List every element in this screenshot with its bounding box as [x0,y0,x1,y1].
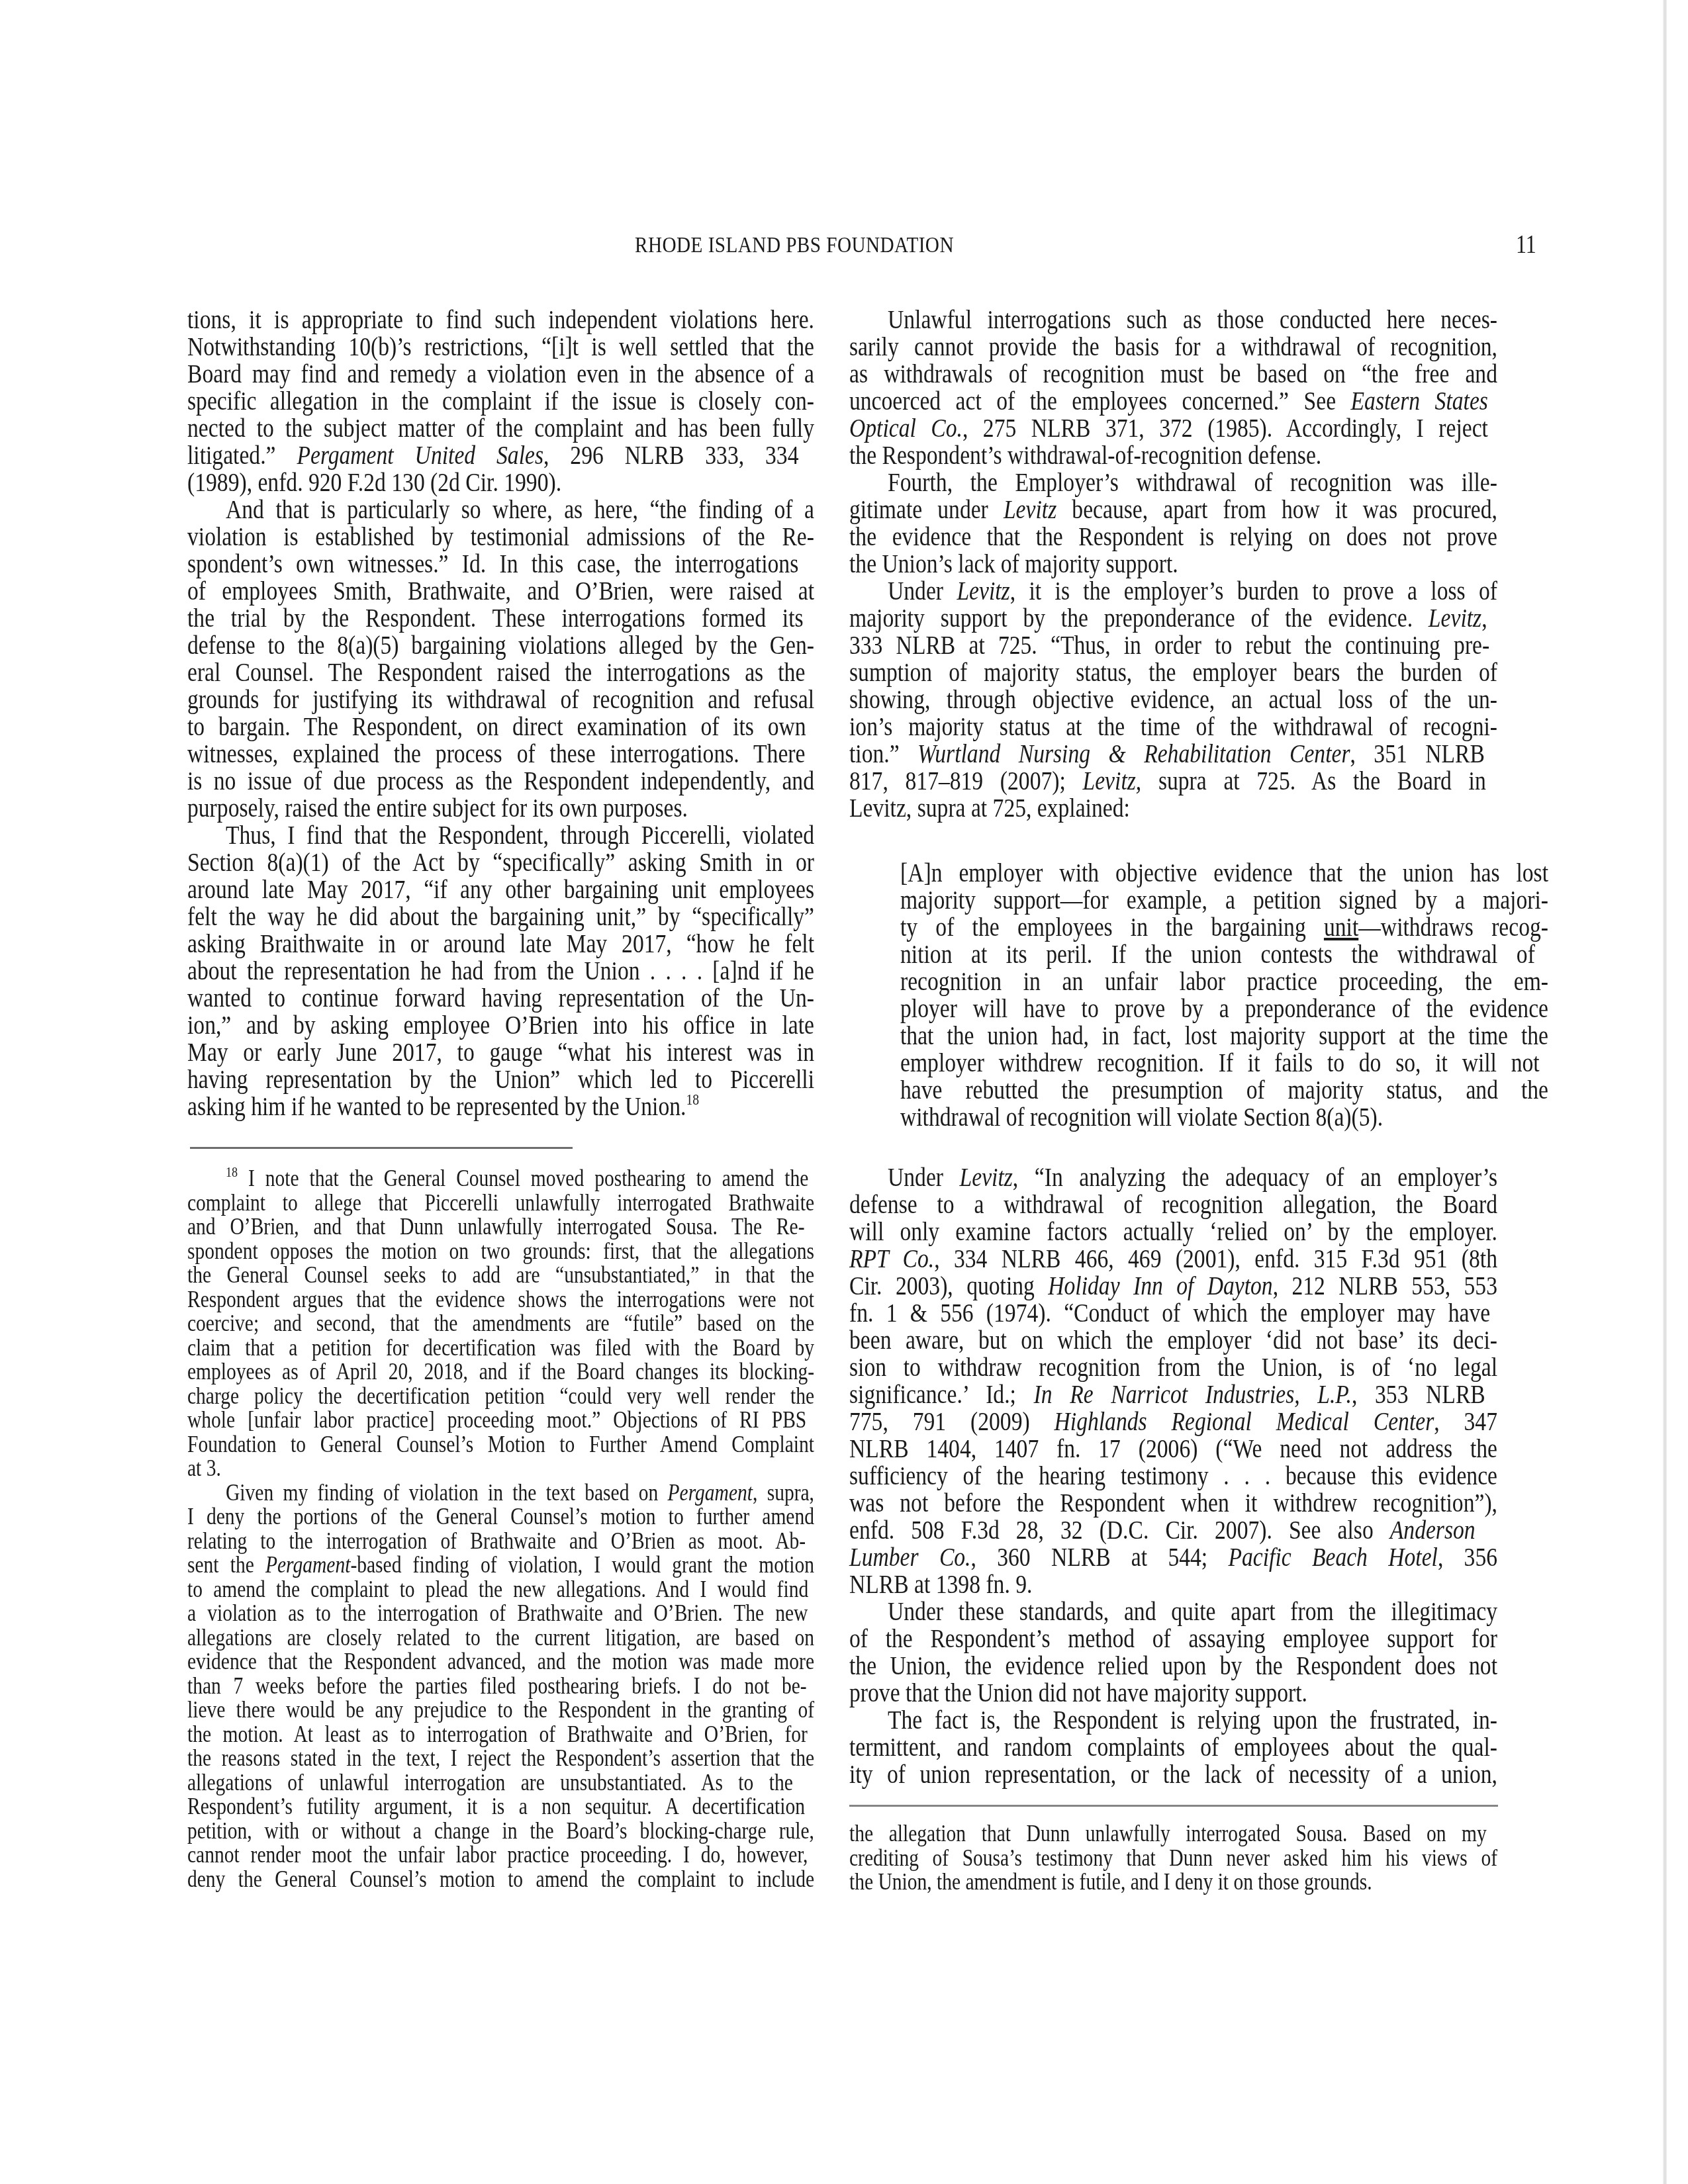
text-line: Respondent argues that the evidence show… [187,1287,814,1312]
text-line-content: defense to a withdrawal of recognition a… [849,1191,1497,1218]
text-line-content: the allegation that Dunn unlawfully inte… [849,1821,1487,1846]
text-line: Levitz, supra at 725, explained: [849,794,1497,821]
text-line-content: Foundation to General Counsel’s Motion t… [187,1432,814,1457]
text-line: grounds for justifying its withdrawal of… [187,686,814,713]
text-line: withdrawal of recognition will violate S… [900,1103,1548,1130]
text-line: 18 I note that the General Counsel moved… [187,1166,814,1191]
text-line: will only examine factors actually ‘reli… [849,1218,1497,1245]
text-line-content: ion’s majority status at the time of the… [849,713,1497,740]
text-line: Lumber Co., 360 NLRB at 544; Pacific Bea… [849,1543,1497,1570]
text-line-content: prove that the Union did not have majori… [849,1679,1307,1706]
text-line: and O’Brien, and that Dunn unlawfully in… [187,1214,814,1239]
text-line-content: petition, with or without a change in th… [187,1819,814,1843]
text-line-content: Thus, I find that the Respondent, throug… [226,821,814,848]
text-line-content: spondent opposes the motion on two groun… [187,1239,814,1263]
text-line: nected to the subject matter of the comp… [187,414,814,441]
text-line-content: to amend the complaint to plead the new … [187,1577,808,1602]
right-column-continued: Under Levitz, “In analyzing the adequacy… [849,1163,1497,1788]
text-line-content: witnesses, explained the process of thes… [187,740,805,767]
text-line-content: cannot render moot the unfair labor prac… [187,1843,808,1867]
text-line: ion,” and by asking employee O’Brien int… [187,1011,814,1038]
text-line-content: complaint to allege that Piccerelli unla… [187,1191,814,1215]
text-line: enfd. 508 F.3d 28, 32 (D.C. Cir. 2007). … [849,1516,1497,1543]
text-line: the General Counsel seeks to add are “un… [187,1263,814,1287]
text-line-content: Unlawful interrogations such as those co… [888,306,1497,333]
text-line-content: whole [unfair labor practice] proceeding… [187,1408,806,1432]
text-line: crediting of Sousa’s testimony that Dunn… [849,1846,1497,1870]
text-line: relating to the interrogation of Brathwa… [187,1529,814,1553]
text-line-content: of employees Smith, Brathwaite, and O’Br… [187,577,814,604]
text-line: Foundation to General Counsel’s Motion t… [187,1432,814,1457]
text-line-content: claim that a petition for decertificatio… [187,1336,814,1360]
text-line-content: the Union, the amendment is futile, and … [849,1870,1372,1894]
text-line: 775, 791 (2009) Highlands Regional Medic… [849,1408,1497,1435]
text-line-content: 775, 791 (2009) Highlands Regional Medic… [849,1408,1497,1435]
text-line: cannot render moot the unfair labor prac… [187,1843,814,1867]
text-line-content: Optical Co., 275 NLRB 371, 372 (1985). A… [849,414,1488,441]
text-line: evidence that the Respondent advanced, a… [187,1649,814,1674]
text-line: the Union, the amendment is futile, and … [849,1870,1497,1894]
text-line-content: Respondent’s futility argument, it is a … [187,1794,805,1819]
text-line-content: The fact is, the Respondent is relying u… [888,1706,1497,1733]
block-quote-body: [A]n employer with objective evidence th… [900,859,1548,1130]
text-line-content: showing, through objective evidence, an … [849,686,1497,713]
footnote-18-body: 18 I note that the General Counsel moved… [187,1166,814,1891]
text-line: allegations are closely related to the c… [187,1625,814,1650]
text-line: of employees Smith, Brathwaite, and O’Br… [187,577,814,604]
text-line: whole [unfair labor practice] proceeding… [187,1408,814,1432]
text-line: that the union had, in fact, lost majori… [900,1022,1548,1049]
text-line-content: gitimate under Levitz because, apart fro… [849,496,1497,523]
text-line: wanted to continue forward having repres… [187,984,814,1011]
text-line-content: sarily cannot provide the basis for a wi… [849,333,1497,360]
text-line-content: the Union’s lack of majority support. [849,550,1178,577]
text-line: litigated.” Pergament United Sales, 296 … [187,441,814,469]
text-line-content: recognition in an unfair labor practice … [900,968,1548,995]
left-body: tions, it is appropriate to find such in… [187,306,814,1120]
text-line: fn. 1 & 556 (1974). “Conduct of which th… [849,1299,1497,1326]
text-line-content: withdrawal of recognition will violate S… [900,1103,1383,1130]
text-line: have rebutted the presumption of majorit… [900,1076,1548,1103]
text-line-content: having representation by the Union” whic… [187,1066,814,1093]
text-line-content: majority support by the preponderance of… [849,604,1487,631]
text-line-content: RPT Co., 334 NLRB 466, 469 (2001), enfd.… [849,1245,1497,1272]
text-line: employees as of April 20, 2018, and if t… [187,1359,814,1384]
text-line: gitimate under Levitz because, apart fro… [849,496,1497,523]
text-line-content: Section 8(a)(1) of the Act by “specifica… [187,848,814,876]
text-line-content: the Union, the evidence relied upon by t… [849,1652,1497,1679]
text-line-content: to bargain. The Respondent, on direct ex… [187,713,806,740]
text-line: complaint to allege that Piccerelli unla… [187,1191,814,1215]
text-line-content: [A]n employer with objective evidence th… [900,859,1548,886]
text-line: uncoerced act of the employees concerned… [849,387,1497,414]
text-line: 817, 817–819 (2007); Levitz, supra at 72… [849,767,1497,794]
text-line: majority support—for example, a petition… [900,886,1548,913]
text-line-content: the trial by the Respondent. These inter… [187,604,804,631]
text-line-content: I deny the portions of the General Couns… [187,1504,814,1529]
text-line-content: asking Braithwaite in or around late May… [187,930,814,957]
text-line: been aware, but on which the employer ‘d… [849,1326,1497,1353]
text-line-content: ion,” and by asking employee O’Brien int… [187,1011,814,1038]
text-line-content: the Respondent’s withdrawal-of-recogniti… [849,441,1321,469]
text-line: claim that a petition for decertificatio… [187,1336,814,1360]
text-line-content: allegations of unlawful interrogation ar… [187,1770,793,1795]
text-line-content: about the representation he had from the… [187,957,814,984]
text-line-content: NLRB at 1398 fn. 9. [849,1570,1032,1598]
text-line-content: the General Counsel seeks to add are “un… [187,1263,814,1287]
running-head: RHODE ISLAND PBS FOUNDATION [111,233,1477,258]
text-line: sumption of majority status, the employe… [849,659,1497,686]
text-line: a violation as to the interrogation of B… [187,1601,814,1625]
text-line: asking him if he wanted to be represente… [187,1093,814,1120]
text-line: Thus, I find that the Respondent, throug… [187,821,814,848]
text-line: the evidence that the Respondent is rely… [849,523,1497,550]
text-line-content: a violation as to the interrogation of B… [187,1601,808,1625]
text-line: prove that the Union did not have majori… [849,1679,1497,1706]
text-line: showing, through objective evidence, an … [849,686,1497,713]
text-line: witnesses, explained the process of thes… [187,740,814,767]
text-line: than 7 weeks before the parties filed po… [187,1674,814,1698]
text-line-content: ity of union representation, or the lack… [849,1760,1497,1788]
text-line: petition, with or without a change in th… [187,1819,814,1843]
text-line: of the Respondent’s method of assaying e… [849,1625,1497,1652]
text-line-content: employees as of April 20, 2018, and if t… [187,1359,814,1384]
text-line: was not before the Respondent when it wi… [849,1489,1497,1516]
text-line: as withdrawals of recognition must be ba… [849,360,1497,387]
text-line: the Union, the evidence relied upon by t… [849,1652,1497,1679]
text-line: sarily cannot provide the basis for a wi… [849,333,1497,360]
text-line: felt the way he did about the bargaining… [187,903,814,930]
text-line: ity of union representation, or the lack… [849,1760,1497,1788]
text-line-content: evidence that the Respondent advanced, a… [187,1649,814,1674]
text-line: Notwithstanding 10(b)’s restrictions, “[… [187,333,814,360]
text-line-content: May or early June 2017, to gauge “what h… [187,1038,814,1066]
text-line-content: ployer will have to prove by a preponder… [900,995,1548,1022]
text-line: Given my finding of violation in the tex… [187,1480,814,1505]
text-line-content: sent the Pergament-based finding of viol… [187,1553,814,1577]
document-page: RHODE ISLAND PBS FOUNDATION 11 tions, it… [0,0,1688,2184]
right-body-1: Unlawful interrogations such as those co… [849,306,1497,821]
text-line: coercive; and second, that the amendment… [187,1311,814,1336]
text-line-content: lieve there would be any prejudice to th… [187,1698,814,1722]
text-line: And that is particularly so where, as he… [187,496,814,523]
text-line: NLRB 1404, 1407 fn. 17 (2006) (“We need … [849,1435,1497,1462]
text-line: deny the General Counsel’s motion to ame… [187,1867,814,1891]
text-line: the allegation that Dunn unlawfully inte… [849,1821,1497,1846]
text-line-content: termittent, and random complaints of emp… [849,1733,1497,1760]
text-line: tions, it is appropriate to find such in… [187,306,814,333]
text-line: Board may find and remedy a violation ev… [187,360,814,387]
text-line: eral Counsel. The Respondent raised the … [187,659,814,686]
text-line: I deny the portions of the General Couns… [187,1504,814,1529]
text-line-content: Respondent argues that the evidence show… [187,1287,814,1312]
text-line: Respondent’s futility argument, it is a … [187,1794,814,1819]
text-line: Under Levitz, “In analyzing the adequacy… [849,1163,1497,1191]
text-line-content: Lumber Co., 360 NLRB at 544; Pacific Bea… [849,1543,1497,1570]
right-column: Unlawful interrogations such as those co… [849,306,1497,821]
text-line: Under these standards, and quite apart f… [849,1598,1497,1625]
text-line-content: was not before the Respondent when it wi… [849,1489,1497,1516]
text-line-content: purposely, raised the entire subject for… [187,794,688,821]
text-line-content: majority support—for example, a petition… [900,886,1548,913]
text-line-content: of the Respondent’s method of assaying e… [849,1625,1497,1652]
text-line-content: than 7 weeks before the parties filed po… [187,1674,807,1698]
text-line: around late May 2017, “if any other barg… [187,876,814,903]
text-line-content: sumption of majority status, the employe… [849,659,1497,686]
text-line-content: Board may find and remedy a violation ev… [187,360,814,387]
text-line-content: relating to the interrogation of Brathwa… [187,1529,806,1553]
text-line-content: grounds for justifying its withdrawal of… [187,686,814,713]
text-line: Fourth, the Employer’s withdrawal of rec… [849,469,1497,496]
text-line-content: NLRB 1404, 1407 fn. 17 (2006) (“We need … [849,1435,1497,1462]
text-line: RPT Co., 334 NLRB 466, 469 (2001), enfd.… [849,1245,1497,1272]
text-line-content: Levitz, supra at 725, explained: [849,794,1130,821]
text-line: specific allegation in the complaint if … [187,387,814,414]
text-line-content: sion to withdraw recognition from the Un… [849,1353,1497,1381]
text-line-content: spondent’s own witnesses.” Id. In this c… [187,550,798,577]
text-line-content: allegations are closely related to the c… [187,1625,814,1650]
text-line: the Union’s lack of majority support. [849,550,1497,577]
text-line: 333 NLRB at 725. “Thus, in order to rebu… [849,631,1497,659]
footnote-continuation-body: the allegation that Dunn unlawfully inte… [849,1821,1497,1894]
text-line: asking Braithwaite in or around late May… [187,930,814,957]
text-line: the motion. At least as to interrogation… [187,1722,814,1747]
text-line: defense to a withdrawal of recognition a… [849,1191,1497,1218]
text-line: termittent, and random complaints of emp… [849,1733,1497,1760]
text-line: sufficiency of the hearing testimony . .… [849,1462,1497,1489]
text-line-content: litigated.” Pergament United Sales, 296 … [187,441,798,469]
text-line-content: sufficiency of the hearing testimony . .… [849,1462,1497,1489]
block-quote-levitz: [A]n employer with objective evidence th… [849,859,1548,1130]
text-line-content: been aware, but on which the employer ‘d… [849,1326,1497,1353]
text-line-content: Fourth, the Employer’s withdrawal of rec… [888,469,1497,496]
text-line: ployer will have to prove by a preponder… [900,995,1548,1022]
text-line: employer withdrew recognition. If it fai… [900,1049,1548,1076]
text-line: allegations of unlawful interrogation ar… [187,1770,814,1795]
text-line-content: Cir. 2003), quoting Holiday Inn of Dayto… [849,1272,1497,1299]
text-line: the Respondent’s withdrawal-of-recogniti… [849,441,1497,469]
text-line-content: asking him if he wanted to be represente… [187,1093,699,1120]
text-line-content: 333 NLRB at 725. “Thus, in order to rebu… [849,631,1489,659]
text-line-content: enfd. 508 F.3d 28, 32 (D.C. Cir. 2007). … [849,1516,1476,1543]
text-line-content: significance.’ Id.; In Re Narricot Indus… [849,1381,1485,1408]
left-column: tions, it is appropriate to find such in… [187,306,814,1120]
text-line-content: specific allegation in the complaint if … [187,387,814,414]
text-line: NLRB at 1398 fn. 9. [849,1570,1497,1598]
text-line: significance.’ Id.; In Re Narricot Indus… [849,1381,1497,1408]
text-line-content: employer withdrew recognition. If it fai… [900,1049,1540,1076]
text-line: is no issue of due process as the Respon… [187,767,814,794]
text-line: about the representation he had from the… [187,957,814,984]
text-line-content: Under these standards, and quite apart f… [888,1598,1497,1625]
text-line: the reasons stated in the text, I reject… [187,1746,814,1770]
text-line-content: is no issue of due process as the Respon… [187,767,814,794]
text-line-content: Notwithstanding 10(b)’s restrictions, “[… [187,333,814,360]
text-line: defense to the 8(a)(5) bargaining violat… [187,631,814,659]
text-line: majority support by the preponderance of… [849,604,1497,631]
text-line: recognition in an unfair labor practice … [900,968,1548,995]
text-line-content: coercive; and second, that the amendment… [187,1311,814,1336]
footnote-separator-left [190,1147,573,1149]
text-line-content: nition at its peril. If the union contes… [900,940,1535,968]
text-line: sion to withdraw recognition from the Un… [849,1353,1497,1381]
text-line: Section 8(a)(1) of the Act by “specifica… [187,848,814,876]
text-line-content: uncoerced act of the employees concerned… [849,387,1488,414]
text-line: [A]n employer with objective evidence th… [900,859,1548,886]
text-line-content: 817, 817–819 (2007); Levitz, supra at 72… [849,767,1486,794]
text-line-content: Under Levitz, “In analyzing the adequacy… [888,1163,1497,1191]
footnote-18: 18 I note that the General Counsel moved… [187,1166,814,1891]
text-line-content: wanted to continue forward having repres… [187,984,814,1011]
text-line-content: violation is established by testimonial … [187,523,814,550]
text-line: at 3. [187,1456,814,1480]
text-line: nition at its peril. If the union contes… [900,940,1548,968]
text-line: purposely, raised the entire subject for… [187,794,814,821]
text-line-content: have rebutted the presumption of majorit… [900,1076,1548,1103]
text-line: Cir. 2003), quoting Holiday Inn of Dayto… [849,1272,1497,1299]
text-line-content: deny the General Counsel’s motion to ame… [187,1867,814,1891]
text-line-content: as withdrawals of recognition must be ba… [849,360,1497,387]
text-line-content: 18 I note that the General Counsel moved… [226,1166,808,1191]
text-line: Unlawful interrogations such as those co… [849,306,1497,333]
text-line-content: charge policy the decertification petiti… [187,1384,814,1408]
text-line-content: the reasons stated in the text, I reject… [187,1746,814,1770]
text-line-content: tions, it is appropriate to find such in… [187,306,814,333]
text-line-content: the evidence that the Respondent is rely… [849,523,1497,550]
text-line: lieve there would be any prejudice to th… [187,1698,814,1722]
right-body-2: Under Levitz, “In analyzing the adequacy… [849,1163,1497,1788]
text-line-content: defense to the 8(a)(5) bargaining violat… [187,631,814,659]
text-line: The fact is, the Respondent is relying u… [849,1706,1497,1733]
text-line-content: And that is particularly so where, as he… [226,496,814,523]
text-line: spondent opposes the motion on two groun… [187,1239,814,1263]
text-line-content: around late May 2017, “if any other barg… [187,876,814,903]
text-line-content: and O’Brien, and that Dunn unlawfully in… [187,1214,805,1239]
text-line-content: that the union had, in fact, lost majori… [900,1022,1548,1049]
text-line: May or early June 2017, to gauge “what h… [187,1038,814,1066]
text-line-content: will only examine factors actually ‘reli… [849,1218,1497,1245]
text-line: Under Levitz, it is the employer’s burde… [849,577,1497,604]
text-line: to bargain. The Respondent, on direct ex… [187,713,814,740]
text-line-content: tion.” Wurtland Nursing & Rehabilitation… [849,740,1485,767]
text-line-content: Under Levitz, it is the employer’s burde… [888,577,1497,604]
text-line-content: eral Counsel. The Respondent raised the … [187,659,805,686]
text-line-content: ty of the employees in the bargaining un… [900,913,1548,940]
text-line: having representation by the Union” whic… [187,1066,814,1093]
text-line-content: Given my finding of violation in the tex… [226,1480,814,1505]
text-line: Optical Co., 275 NLRB 371, 372 (1985). A… [849,414,1497,441]
text-line: ty of the employees in the bargaining un… [900,913,1548,940]
text-line: the trial by the Respondent. These inter… [187,604,814,631]
text-line-content: (1989), enfd. 920 F.2d 130 (2d Cir. 1990… [187,469,561,496]
page-number: 11 [1516,228,1536,259]
text-line: to amend the complaint to plead the new … [187,1577,814,1602]
text-line: charge policy the decertification petiti… [187,1384,814,1408]
text-line-content: crediting of Sousa’s testimony that Dunn… [849,1846,1497,1870]
text-line: sent the Pergament-based finding of viol… [187,1553,814,1577]
footnote-separator-right [849,1805,1498,1807]
text-line-content: fn. 1 & 556 (1974). “Conduct of which th… [849,1299,1490,1326]
footnote-18-continuation: the allegation that Dunn unlawfully inte… [849,1821,1497,1894]
text-line: tion.” Wurtland Nursing & Rehabilitation… [849,740,1497,767]
text-line-content: felt the way he did about the bargaining… [187,903,814,930]
text-line-content: at 3. [187,1456,221,1480]
text-line: violation is established by testimonial … [187,523,814,550]
text-line: ion’s majority status at the time of the… [849,713,1497,740]
text-line-content: the motion. At least as to interrogation… [187,1722,808,1747]
text-line: (1989), enfd. 920 F.2d 130 (2d Cir. 1990… [187,469,814,496]
text-line: spondent’s own witnesses.” Id. In this c… [187,550,814,577]
text-line-content: nected to the subject matter of the comp… [187,414,814,441]
scan-edge-line [1663,0,1667,2184]
